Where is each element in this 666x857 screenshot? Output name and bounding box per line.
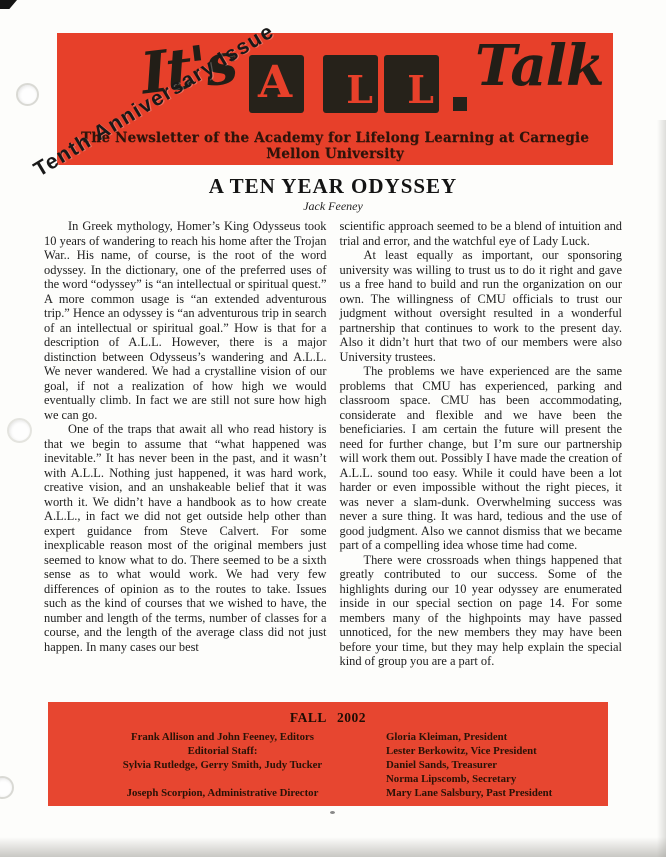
credit-line: Sylvia Rutledge, Gerry Smith, Judy Tucke… [70, 759, 375, 773]
paragraph: The problems we have experienced are the… [340, 364, 623, 553]
paragraph: scientific approach seemed to be a blend… [340, 219, 623, 248]
credit-line: Frank Allison and John Feeney, Editors [70, 731, 375, 745]
masthead-tile-a: A [249, 55, 304, 113]
paragraph: One of the traps that await all who read… [44, 422, 327, 654]
article-byline: Jack Feeney [0, 199, 666, 214]
newsletter-page: { "page": { "banner_red": "#e7402a", "fo… [0, 0, 666, 857]
article-title: A TEN YEAR ODYSSEY [0, 174, 666, 199]
hole-punch-top [16, 83, 39, 106]
paragraph: There were crossroads when things happen… [340, 553, 623, 669]
credit-line: Joseph Scorpion, Administrative Director [70, 787, 375, 801]
right-column: scientific approach seemed to be a blend… [340, 219, 623, 669]
editorial-credits: Frank Allison and John Feeney, Editors E… [70, 731, 375, 801]
credit-line: Mary Lane Salsbury, Past President [386, 787, 604, 801]
scan-speck [330, 811, 335, 814]
issue-season: FALL 2002 [48, 710, 608, 726]
tile-letter-l1: L [346, 67, 373, 112]
scan-shadow-right [657, 120, 666, 857]
scan-shadow-bottom [0, 837, 666, 857]
credit-line: Editorial Staff: [70, 745, 375, 759]
hole-punch-middle [7, 418, 32, 443]
masthead-tile-l2: L [384, 55, 439, 113]
masthead-tile-l1: L [323, 55, 378, 113]
credit-line: Daniel Sands, Treasurer [386, 759, 604, 773]
tile-letter-l2: L [407, 67, 434, 112]
article-body: In Greek mythology, Homer’s King Odysseu… [44, 219, 622, 669]
credit-line: Lester Berkowitz, Vice President [386, 745, 604, 759]
masthead-word-talk: Talk [475, 33, 604, 99]
masthead-square-period [453, 97, 467, 111]
hole-punch-bottom [0, 776, 14, 799]
officer-credits: Gloria Kleiman, President Lester Berkowi… [386, 731, 604, 801]
credit-line: Gloria Kleiman, President [386, 731, 604, 745]
paragraph: In Greek mythology, Homer’s King Odysseu… [44, 219, 327, 422]
footer-credits-box: FALL 2002 Frank Allison and John Feeney,… [48, 702, 608, 806]
tile-letter-a: A [258, 57, 292, 108]
left-column: In Greek mythology, Homer’s King Odysseu… [44, 219, 327, 669]
scan-corner-mark [0, 0, 17, 9]
credit-spacer [70, 773, 375, 787]
credit-line: Norma Lipscomb, Secretary [386, 773, 604, 787]
newsletter-subtitle: The Newsletter of the Academy for Lifelo… [57, 130, 613, 162]
paragraph: At least equally as important, our spons… [340, 248, 623, 364]
